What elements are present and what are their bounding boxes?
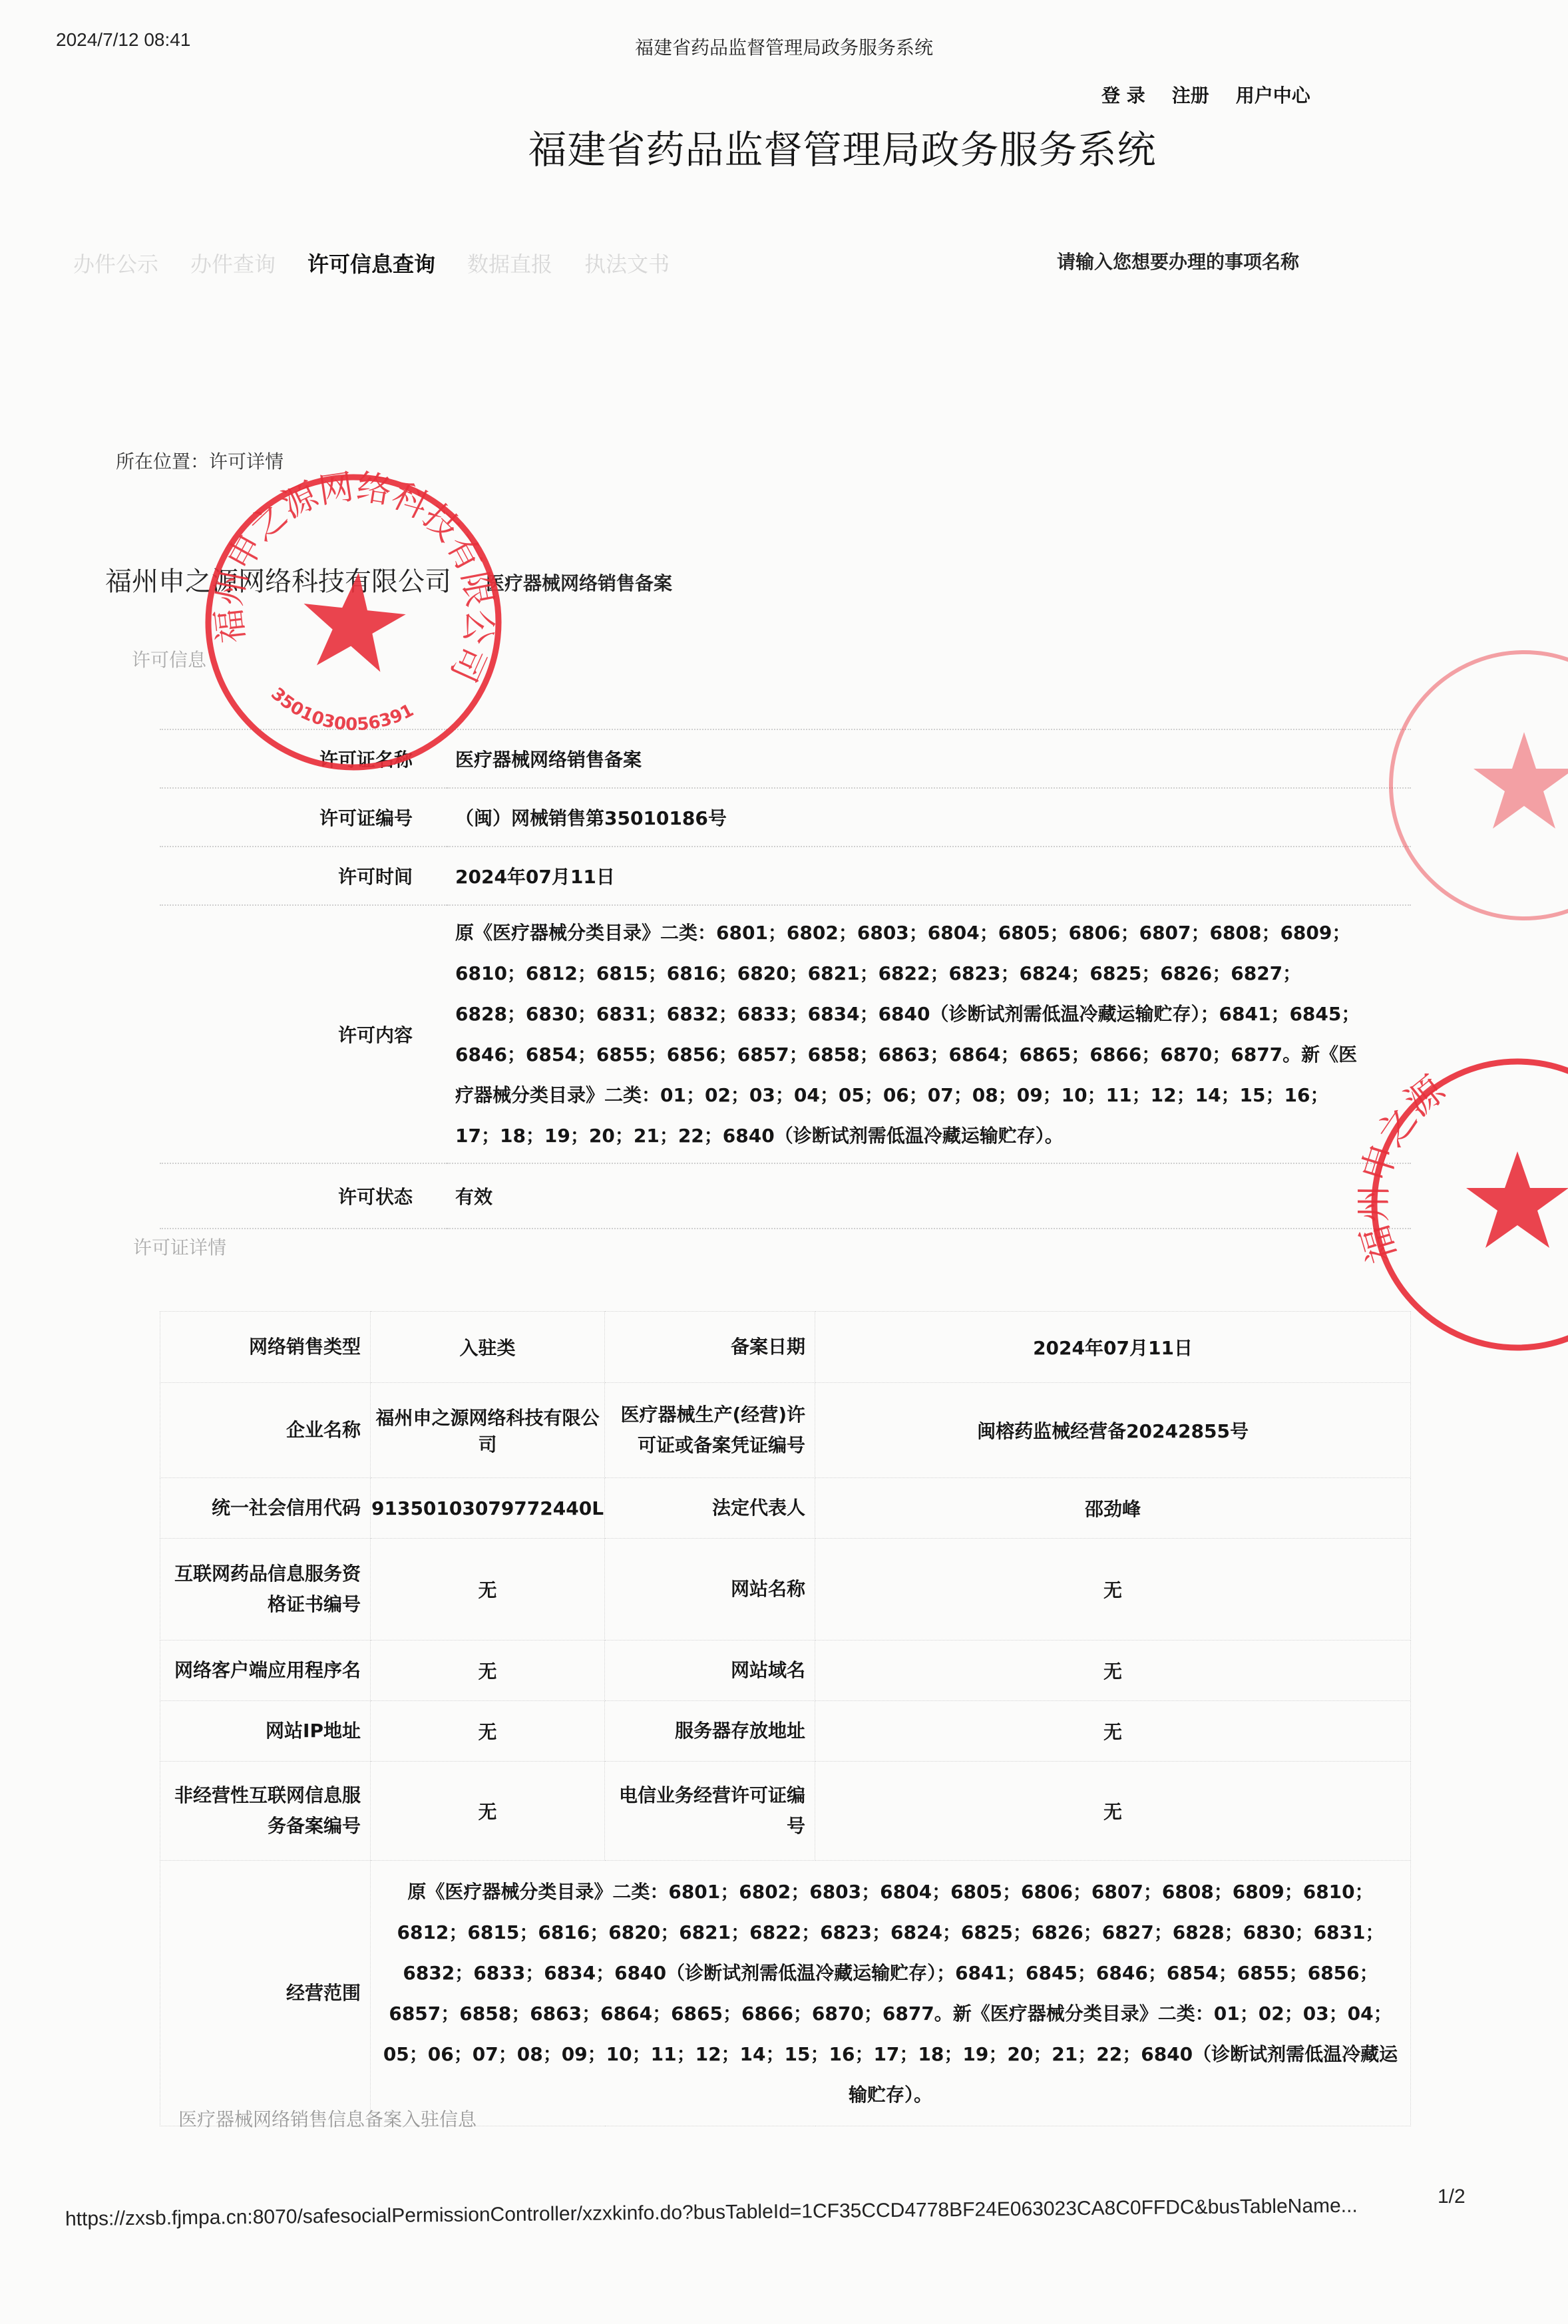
company-title: 福州申之源网络科技有限公司 [105, 560, 451, 598]
field-label: 网站名称 [605, 1539, 815, 1641]
search-input[interactable]: 请输入您想要办理的事项名称 [1057, 248, 1299, 274]
field-value: 无 [815, 1539, 1411, 1641]
field-value: 2024年07月11日 [447, 847, 1411, 905]
field-value: （闽）网械销售第35010186号 [447, 788, 1411, 847]
user-center-link[interactable]: 用户中心 [1236, 81, 1310, 108]
register-link[interactable]: 注册 [1172, 81, 1209, 108]
field-value: 无 [815, 1641, 1411, 1701]
field-label: 企业名称 [160, 1383, 371, 1478]
field-label-text: 非经营性互联网信息服务备案编号 [168, 1780, 361, 1841]
field-value: 无 [371, 1762, 605, 1861]
record-type: 医疗器械网络销售备案 [486, 569, 672, 596]
table-row: 网络销售类型 入驻类 备案日期 2024年07月11日 [160, 1312, 1411, 1383]
table-row: 许可状态 有效 [160, 1163, 1411, 1229]
field-value: 福州申之源网络科技有限公司 [371, 1383, 605, 1478]
field-value: 邵劲峰 [815, 1478, 1411, 1539]
breadcrumb: 所在位置：许可详情 [116, 447, 284, 474]
field-label: 医疗器械生产(经营)许可证或备案凭证编号 [605, 1383, 815, 1478]
table-row: 网络客户端应用程序名 无 网站域名 无 [160, 1641, 1411, 1701]
field-label: 许可状态 [160, 1163, 447, 1229]
permit-details-table: 网络销售类型 入驻类 备案日期 2024年07月11日 企业名称 福州申之源网络… [160, 1311, 1411, 2126]
field-value: 原《医疗器械分类目录》二类：6801；6802；6803；6804；6805；6… [447, 905, 1411, 1163]
nav-item-permit-query[interactable]: 许可信息查询 [307, 248, 435, 278]
section-permit-details: 许可证详情 [133, 1233, 226, 1260]
field-label: 互联网药品信息服务资格证书编号 [160, 1539, 371, 1641]
field-value: 医疗器械网络销售备案 [447, 729, 1411, 788]
field-value: 入驻类 [371, 1312, 605, 1383]
nav-item-case-publicity[interactable]: 办件公示 [73, 248, 158, 278]
page-number: 1/2 [1438, 2186, 1466, 2208]
field-label: 网站域名 [605, 1641, 815, 1701]
field-value: 无 [371, 1539, 605, 1641]
account-links: 登 录 注册 用户中心 [1101, 81, 1310, 108]
section-entry-info: 医疗器械网络销售信息备案入驻信息 [178, 2105, 477, 2132]
business-scope-value: 原《医疗器械分类目录》二类：6801；6802；6803；6804；6805；6… [371, 1861, 1411, 2126]
permit-info-table: 许可证名称 医疗器械网络销售备案 许可证编号 （闽）网械销售第35010186号… [160, 729, 1411, 1229]
field-label: 服务器存放地址 [605, 1701, 815, 1762]
table-row: 经营范围 原《医疗器械分类目录》二类：6801；6802；6803；6804；6… [160, 1861, 1411, 2126]
table-row: 许可证名称 医疗器械网络销售备案 [160, 729, 1411, 788]
field-label: 网络客户端应用程序名 [160, 1641, 371, 1701]
field-label: 网站IP地址 [160, 1701, 371, 1762]
table-row: 许可证编号 （闽）网械销售第35010186号 [160, 788, 1411, 847]
main-nav: 办件公示 办件查询 许可信息查询 数据直报 执法文书 [73, 248, 670, 278]
print-page-title: 福建省药品监督管理局政务服务系统 [0, 33, 1568, 60]
table-row: 非经营性互联网信息服务备案编号 无 电信业务经营许可证编号 无 [160, 1762, 1411, 1861]
field-value: 2024年07月11日 [815, 1312, 1411, 1383]
field-label: 法定代表人 [605, 1478, 815, 1539]
login-link[interactable]: 登 录 [1101, 81, 1145, 108]
field-value: 闽榕药监械经营备20242855号 [815, 1383, 1411, 1478]
table-row: 企业名称 福州申之源网络科技有限公司 医疗器械生产(经营)许可证或备案凭证编号 … [160, 1383, 1411, 1478]
nav-item-enforcement-docs[interactable]: 执法文书 [584, 248, 670, 278]
field-label-text: 电信业务经营许可证编号 [612, 1780, 805, 1841]
table-row: 许可时间 2024年07月11日 [160, 847, 1411, 905]
field-label: 非经营性互联网信息服务备案编号 [160, 1762, 371, 1861]
field-value: 91350103079772440L [371, 1478, 605, 1539]
field-label: 许可证名称 [160, 729, 447, 788]
nav-item-case-query[interactable]: 办件查询 [190, 248, 276, 278]
field-label-text: 医疗器械生产(经营)许可证或备案凭证编号 [612, 1400, 805, 1461]
section-permit-info: 许可信息 [132, 646, 206, 672]
table-row: 网站IP地址 无 服务器存放地址 无 [160, 1701, 1411, 1762]
field-value: 无 [371, 1641, 605, 1701]
footer-url: https://zxsb.fjmpa.cn:8070/safesocialPer… [65, 2195, 1358, 2231]
field-label-text: 互联网药品信息服务资格证书编号 [168, 1559, 361, 1620]
field-label: 经营范围 [160, 1861, 371, 2126]
field-value: 无 [371, 1701, 605, 1762]
table-row: 互联网药品信息服务资格证书编号 无 网站名称 无 [160, 1539, 1411, 1641]
table-row: 许可内容 原《医疗器械分类目录》二类：6801；6802；6803；6804；6… [160, 905, 1411, 1163]
field-label: 网络销售类型 [160, 1312, 371, 1383]
site-title: 福建省药品监督管理局政务服务系统 [0, 118, 1568, 174]
status-value: 有效 [447, 1163, 1411, 1229]
field-label: 许可证编号 [160, 788, 447, 847]
field-value: 无 [815, 1762, 1411, 1861]
field-label: 统一社会信用代码 [160, 1478, 371, 1539]
field-label: 电信业务经营许可证编号 [605, 1762, 815, 1861]
nav-item-data-report[interactable]: 数据直报 [467, 248, 552, 278]
field-label: 许可时间 [160, 847, 447, 905]
field-label: 备案日期 [605, 1312, 815, 1383]
field-label: 许可内容 [160, 905, 447, 1163]
table-row: 统一社会信用代码 91350103079772440L 法定代表人 邵劲峰 [160, 1478, 1411, 1539]
field-value: 无 [815, 1701, 1411, 1762]
